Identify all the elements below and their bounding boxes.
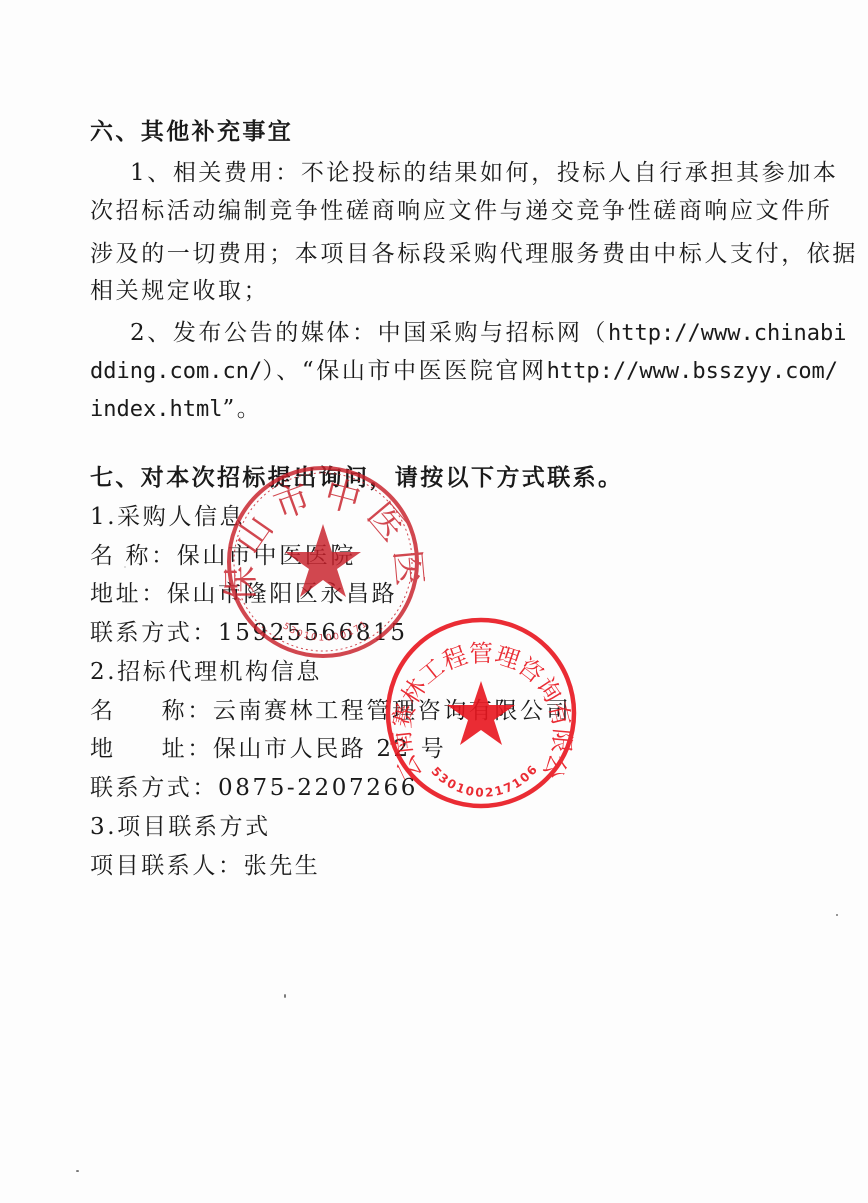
item-1-line-2: 次招标活动编制竞争性磋商响应文件与递交竞争性磋商响应文件所 — [90, 196, 832, 226]
agency-name-value: 云南赛林工程管理咨询有限公司 — [213, 698, 571, 724]
agency-address-value: 保山市人民路 22 号 — [213, 736, 447, 762]
purchaser-address-value: 保山市隆阳区永昌路 — [167, 581, 397, 607]
purchaser-name-label: 名 称： — [90, 543, 177, 569]
hospital-url-part-1[interactable]: http://www.bsszyy.com/ — [547, 359, 838, 384]
item-2-mid-text: ）、“保山市中医医院官网 — [262, 358, 546, 384]
item-2-suffix: ”。 — [222, 396, 262, 422]
item-2-line-3: index.html”。 — [90, 394, 262, 425]
project-contact-person-value: 张先生 — [244, 853, 321, 879]
purchaser-contact-row: 联系方式：15925566815 — [90, 618, 408, 648]
project-contact-title: 3.项目联系方式 — [90, 812, 271, 842]
purchaser-contact-label: 联系方式： — [90, 620, 218, 646]
agency-address-row: 地址：保山市人民路 22 号 — [90, 734, 446, 764]
agency-contact-row: 联系方式：0875-2207266 — [90, 773, 418, 803]
item-1-line-3: 涉及的一切费用；本项目各标段采购代理服务费由中标人支付，依据 — [90, 239, 858, 269]
purchaser-address-label: 地址： — [90, 581, 167, 607]
document-page: 六、其他补充事宜 1、相关费用：不论投标的结果如何，投标人自行承担其参加本 次招… — [0, 0, 868, 1203]
purchaser-name-row: 名 称：保山市中医医院 — [90, 541, 356, 571]
section-6-heading: 六、其他补充事宜 — [90, 117, 293, 147]
purchaser-address-row: 地址：保山市隆阳区永昌路 — [90, 579, 397, 609]
agency-contact-label: 联系方式： — [90, 775, 218, 801]
item-1-line-4: 相关规定收取； — [90, 276, 269, 306]
chinabidding-url-part-2[interactable]: dding.com.cn/ — [90, 359, 262, 384]
purchaser-title: 1.采购人信息 — [90, 502, 245, 532]
scan-speck — [124, 566, 126, 568]
item-2-line-2: dding.com.cn/）、“保山市中医医院官网http://www.bssz… — [90, 356, 838, 387]
project-contact-person-label: 项目联系人： — [90, 853, 244, 879]
purchaser-contact-value: 15925566815 — [218, 620, 408, 646]
agency-title: 2.招标代理机构信息 — [90, 657, 322, 687]
item-2-text: 2、发布公告的媒体：中国采购与招标网（ — [130, 320, 608, 346]
item-1-line-1: 1、相关费用：不论投标的结果如何，投标人自行承担其参加本 — [130, 158, 838, 188]
section-7-heading: 七、对本次招标提出询问，请按以下方式联系。 — [90, 463, 623, 493]
hospital-url-part-2[interactable]: index.html — [90, 397, 222, 422]
scan-speck — [284, 994, 286, 998]
scan-speck — [836, 914, 838, 916]
agency-name-label-a: 名 — [90, 698, 116, 724]
agency-name-row: 名称：云南赛林工程管理咨询有限公司 — [90, 696, 571, 726]
agency-contact-value: 0875-2207266 — [218, 775, 418, 801]
chinabidding-url-part-1[interactable]: http://www.chinabi — [608, 321, 846, 346]
scan-speck — [76, 1170, 79, 1172]
purchaser-name-value: 保山市中医医院 — [177, 543, 356, 569]
agency-address-label-a: 地 — [90, 736, 116, 762]
item-2-line-1: 2、发布公告的媒体：中国采购与招标网（http://www.chinabi — [130, 318, 846, 349]
agency-name-label-b: 称： — [162, 698, 213, 724]
agency-address-label-b: 址： — [162, 736, 213, 762]
project-contact-person-row: 项目联系人：张先生 — [90, 851, 320, 881]
